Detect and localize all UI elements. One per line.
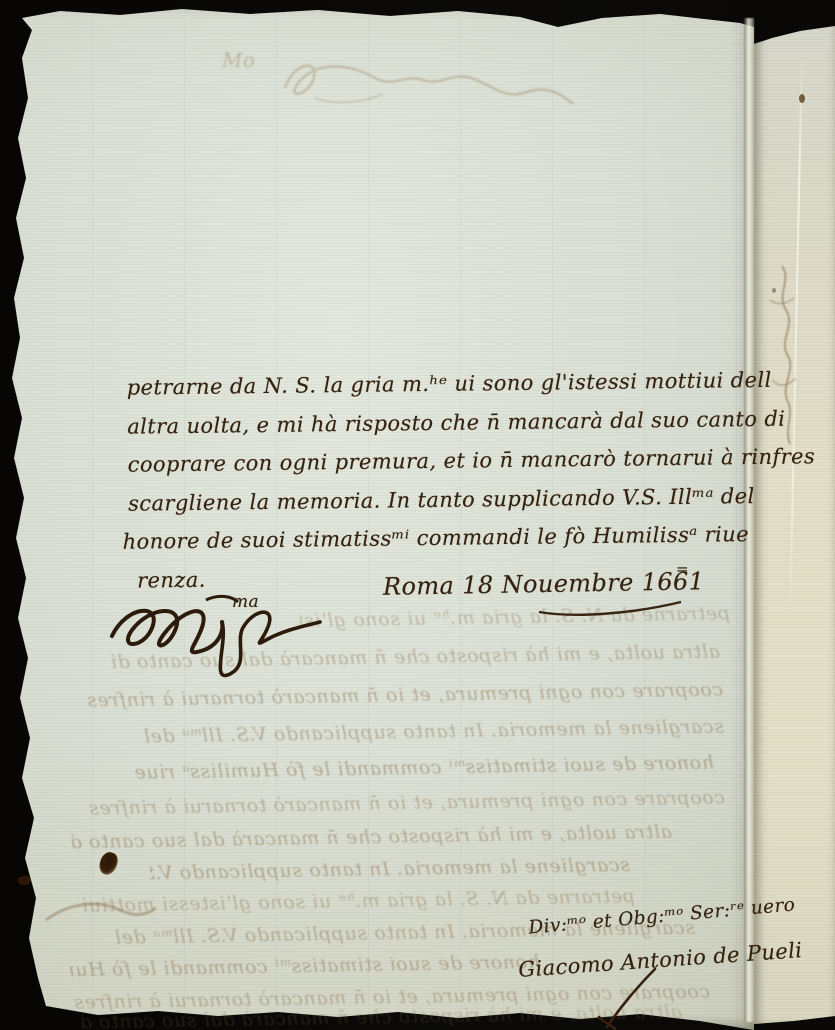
faded-top-inscription: Mo (222, 48, 552, 110)
vs-illma-monogram (106, 588, 326, 688)
ink-speck (799, 94, 805, 103)
scanned-letter-page: Mo petrarne da N. S. la gria m.ʰᵉ ui son… (0, 0, 835, 1030)
signature-flourish (585, 965, 665, 1030)
monogram-superscript: ma (232, 592, 259, 612)
fold-crease (744, 18, 754, 1022)
smudge-left (40, 890, 160, 930)
dateline-swash (535, 598, 685, 618)
faded-inscription-text: Mo (222, 48, 255, 72)
second-leaf-edge (754, 0, 835, 1030)
dateline: Roma 18 Nouembre 1661 (383, 567, 705, 601)
dateline-equals-mark: = (676, 560, 689, 578)
right-leaf-ink-traces (762, 260, 802, 450)
ink-blot-small (18, 876, 31, 885)
faded-flourish (255, 48, 585, 110)
